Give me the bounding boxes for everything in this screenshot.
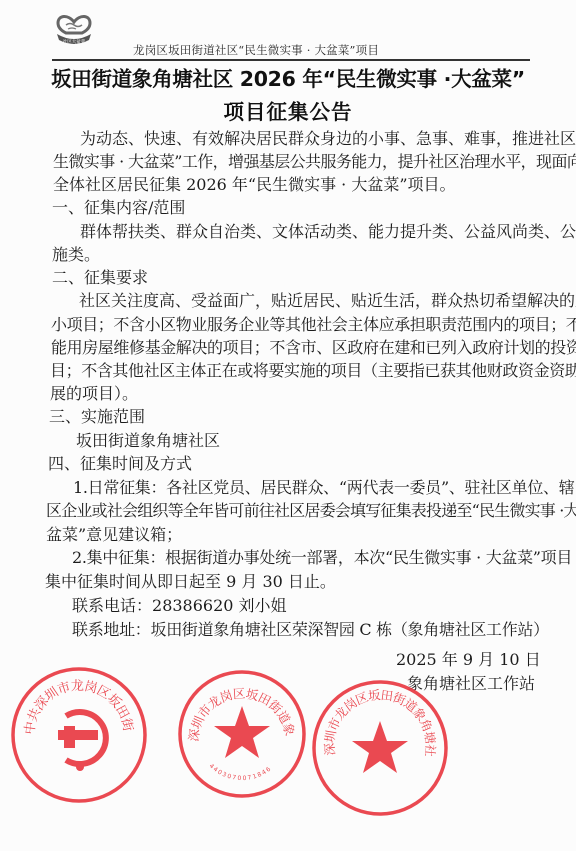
notice-document: 社区大盆菜 龙岗区坂田街道社区“民生微实事 · 大盆菜”项目 坂田街道象角塘社区…	[0, 0, 576, 851]
section-line: 2.集中征集：根据街道办事处统一部署，本次“民生微实事 · 大盆菜”项目	[72, 548, 572, 568]
section-line: 集中征集时间从即日起至 9 月 30 日止。	[45, 572, 336, 592]
section-line: 展的项目）。	[50, 384, 138, 404]
svg-text:社区大盆菜: 社区大盆菜	[63, 38, 86, 45]
section-line: 盆菜”意见建议箱；	[46, 525, 182, 545]
community-logo-icon: 社区大盆菜	[54, 12, 94, 48]
intro-line: 生微实事 · 大盆菜”工作，增强基层公共服务能力，提升社区治理水平，现面向	[53, 152, 576, 172]
page-title: 坂田街道象角塘社区 2026 年“民生微实事 ·大盆菜”	[0, 62, 576, 92]
header-rule	[52, 59, 530, 61]
section-line: 能用房屋维修基金解决的项目；不含市、区政府在建和已列入政府计划的投资项	[51, 338, 576, 358]
contact-phone-value: 28386620 刘小姐	[152, 596, 287, 615]
section-heading: 二、征集要求	[52, 268, 148, 288]
section-heading: 四、征集时间及方式	[48, 454, 192, 474]
contact-address-label: 联系地址：	[72, 620, 151, 639]
section-line: 施类。	[52, 245, 100, 265]
svg-text:4403070071846: 4403070071846	[208, 763, 274, 783]
page-title-line2: 项目征集公告	[0, 95, 576, 125]
svg-text:中共深圳市龙岗区坂田街道象角塘社区委员会: 中共深圳市龙岗区坂田街道象角塘社区委员会	[8, 664, 135, 736]
section-heading: 一、征集内容/范围	[52, 198, 185, 218]
contact-address: 联系地址：坂田街道象角塘社区荣深智园 C 栋（象角塘社区工作站）	[72, 620, 549, 640]
residents-committee-seal-icon: 深圳市龙岗区坂田街道象角塘社区居民委员会	[309, 677, 451, 819]
workstation-seal-icon: 深圳市龙岗区坂田街道象角塘社区工作站 4403070071846	[176, 668, 308, 800]
signature-date: 2025 年 9 月 10 日	[396, 650, 541, 670]
section-line: 社区关注度高、受益面广，贴近居民、贴近生活，群众热切希望解决的惠民	[79, 291, 576, 311]
contact-phone: 联系电话：28386620 刘小姐	[72, 596, 287, 616]
header-subtitle: 龙岗区坂田街道社区“民生微实事 · 大盆菜”项目	[133, 42, 379, 58]
section-line: 区企业或社会组织等全年皆可前往社区居委会填写征集表投递至“民生微实事 ·大	[46, 501, 576, 521]
party-committee-seal-icon: 中共深圳市龙岗区坂田街道象角塘社区委员会	[8, 664, 150, 806]
section-line: 目；不含其他社区主体正在或将要实施的项目（主要指已获其他财政资金资助开	[50, 361, 576, 381]
intro-line: 全体社区居民征集 2026 年“民生微实事 · 大盆菜”项目。	[53, 175, 456, 195]
contact-phone-label: 联系电话：	[72, 596, 152, 615]
intro-line: 为动态、快速、有效解决居民群众身边的小事、急事、难事，推进社区“民	[80, 129, 576, 149]
section-line: 1.日常征集：各社区党员、居民群众、“两代表一委员”、驻社区单位、辖	[73, 478, 574, 498]
section-line: 小项目；不含小区物业服务企业等其他社会主体应承担职责范围内的项目；不含	[51, 315, 576, 335]
section-line: 坂田街道象角塘社区	[76, 431, 220, 451]
section-heading: 三、实施范围	[49, 407, 145, 427]
contact-address-value: 坂田街道象角塘社区荣深智园 C 栋（象角塘社区工作站）	[151, 620, 549, 639]
section-line: 群体帮扶类、群众自治类、文体活动类、能力提升类、公益风尚类、公共设	[80, 222, 576, 242]
